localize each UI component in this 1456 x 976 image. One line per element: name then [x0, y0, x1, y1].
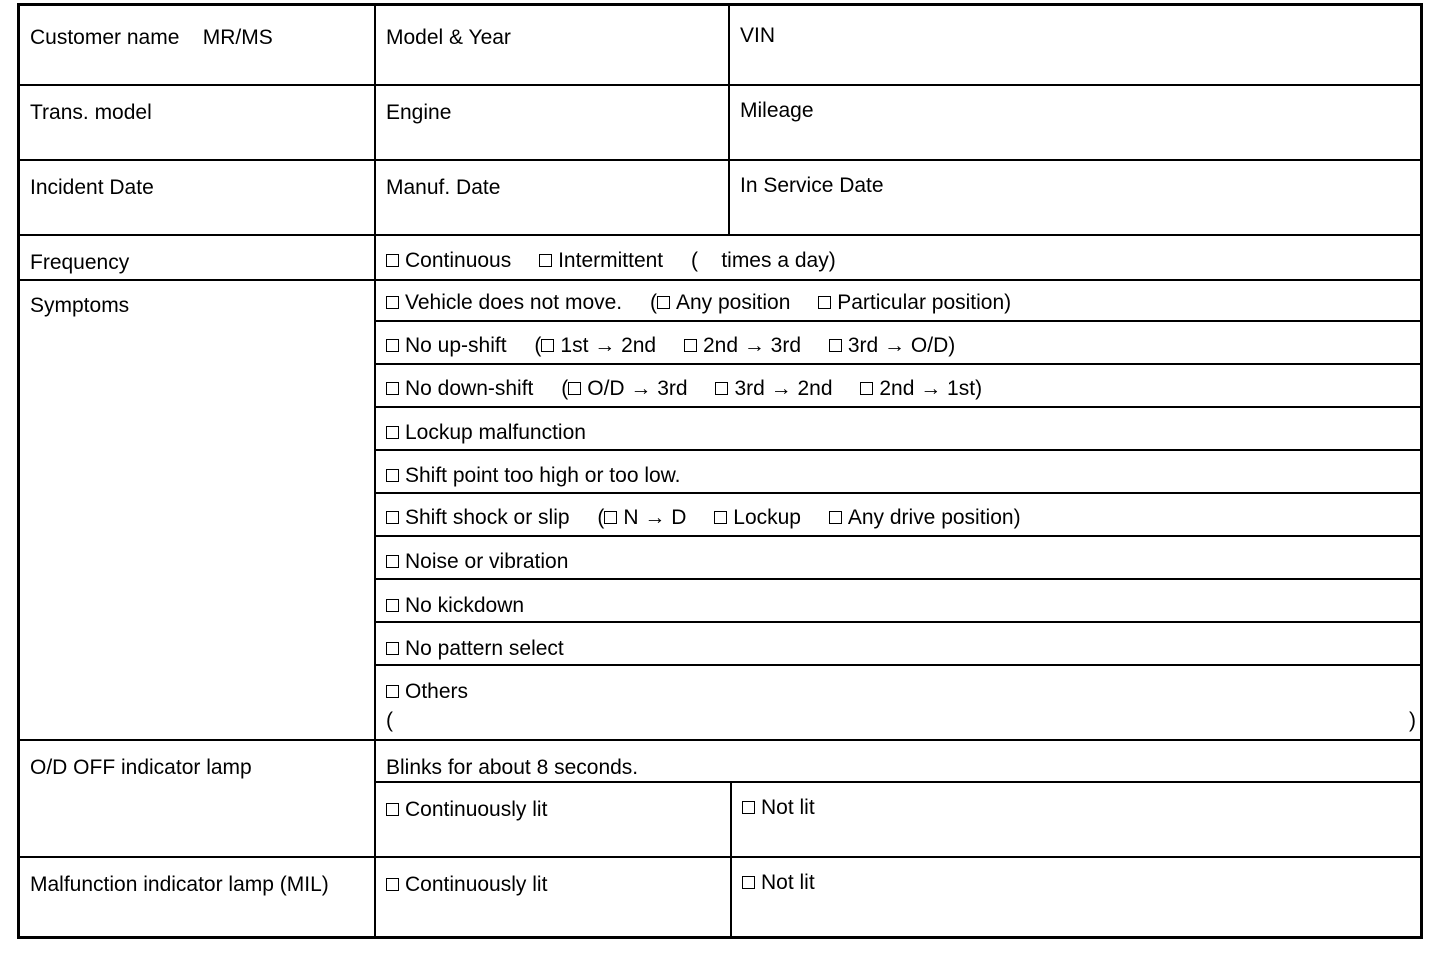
checkbox-icon[interactable]: [386, 511, 399, 524]
row-line: [20, 234, 1420, 236]
checkbox-icon[interactable]: [386, 426, 399, 439]
mil-not-lit-checkbox[interactable]: Not lit: [742, 871, 815, 894]
lockup-malfunction-checkbox[interactable]: Lockup malfunction: [386, 421, 586, 444]
shift-point-checkbox[interactable]: Shift point too high or too low.: [386, 464, 681, 487]
row-line: [374, 535, 1420, 537]
checkbox-icon[interactable]: [715, 382, 728, 395]
others-checkbox[interactable]: Others: [386, 680, 468, 703]
symptom-row-shift-shock: Shift shock or slip (N → D Lockup Any dr…: [376, 506, 1021, 530]
particular-position-checkbox[interactable]: Particular position): [818, 291, 1011, 314]
others-description-field[interactable]: ( ): [376, 709, 1416, 733]
downshift-2-1-checkbox[interactable]: 2nd → 1st): [860, 377, 982, 400]
checkbox-icon[interactable]: [829, 339, 842, 352]
row-line: [374, 492, 1420, 494]
checkbox-icon[interactable]: [860, 382, 873, 395]
checkbox-icon[interactable]: [386, 382, 399, 395]
symptom-row-lockup: Lockup malfunction: [376, 421, 586, 445]
checkbox-icon[interactable]: [568, 382, 581, 395]
symptom-row-pattern: No pattern select: [376, 637, 564, 661]
manuf-date-field[interactable]: Manuf. Date: [376, 176, 728, 200]
row-line: [20, 159, 1420, 161]
checkbox-icon[interactable]: [742, 801, 755, 814]
row-line: [374, 578, 1420, 580]
od-off-continuously-lit-cell: Continuously lit: [376, 798, 547, 822]
incident-date-label: Incident Date: [30, 176, 154, 199]
od-off-lamp-label-cell: O/D OFF indicator lamp: [20, 756, 252, 780]
checkbox-icon[interactable]: [539, 254, 552, 267]
symptom-row-kickdown: No kickdown: [376, 594, 524, 618]
frequency-label-cell: Frequency: [20, 251, 129, 275]
manuf-date-label: Manuf. Date: [386, 176, 500, 199]
vin-label: VIN: [740, 24, 775, 47]
in-service-date-label: In Service Date: [740, 174, 884, 197]
frequency-options: Continuous Intermittent ( times a day): [376, 249, 836, 273]
downshift-od-3-checkbox[interactable]: O/D → 3rd: [568, 377, 687, 400]
mileage-label: Mileage: [740, 99, 814, 122]
shock-n-d-checkbox[interactable]: N → D: [604, 506, 686, 529]
mil-label: Malfunction indicator lamp (MIL): [30, 873, 329, 896]
downshift-3-2-checkbox[interactable]: 3rd → 2nd: [715, 377, 832, 400]
row-line: [374, 363, 1420, 365]
no-downshift-checkbox[interactable]: No down-shift: [386, 377, 533, 400]
shift-shock-checkbox[interactable]: Shift shock or slip: [386, 506, 570, 529]
symptoms-label-cell: Symptoms: [20, 294, 129, 318]
vin-field[interactable]: VIN: [730, 24, 1420, 48]
checkbox-icon[interactable]: [386, 469, 399, 482]
checkbox-icon[interactable]: [386, 685, 399, 698]
continuous-checkbox[interactable]: Continuous: [386, 249, 511, 272]
checkbox-icon[interactable]: [604, 511, 617, 524]
model-year-field[interactable]: Model & Year: [376, 26, 728, 50]
row-line: [20, 84, 1420, 86]
customer-name-field[interactable]: Customer name MR/MS: [20, 26, 374, 50]
frequency-label: Frequency: [30, 251, 129, 274]
symptoms-label: Symptoms: [30, 294, 129, 317]
checkbox-icon[interactable]: [386, 803, 399, 816]
upshift-3-od-checkbox[interactable]: 3rd → O/D): [829, 334, 955, 357]
incident-date-field[interactable]: Incident Date: [20, 176, 374, 200]
symptom-row-others: Others: [376, 680, 468, 704]
row-line: [374, 621, 1420, 623]
mil-continuously-lit-cell: Continuously lit: [376, 873, 547, 897]
row-line: [374, 320, 1420, 322]
od-off-not-lit-cell: Not lit: [732, 796, 815, 820]
symptom-row-vehicle-no-move: Vehicle does not move. (Any position Par…: [376, 291, 1011, 315]
row-line: [20, 739, 1420, 741]
mil-label-cell: Malfunction indicator lamp (MIL): [20, 873, 329, 897]
mileage-field[interactable]: Mileage: [730, 99, 1420, 123]
checkbox-icon[interactable]: [386, 555, 399, 568]
no-pattern-select-checkbox[interactable]: No pattern select: [386, 637, 564, 660]
intermittent-checkbox[interactable]: Intermittent: [539, 249, 663, 272]
noise-vibration-checkbox[interactable]: Noise or vibration: [386, 550, 568, 573]
checkbox-icon[interactable]: [684, 339, 697, 352]
checkbox-icon[interactable]: [541, 339, 554, 352]
checkbox-icon[interactable]: [386, 254, 399, 267]
checkbox-icon[interactable]: [829, 511, 842, 524]
row-line: [374, 449, 1420, 451]
symptom-row-noise: Noise or vibration: [376, 550, 568, 574]
no-upshift-checkbox[interactable]: No up-shift: [386, 334, 507, 357]
trans-model-field[interactable]: Trans. model: [20, 101, 374, 125]
engine-label: Engine: [386, 101, 451, 124]
checkbox-icon[interactable]: [714, 511, 727, 524]
od-off-lamp-label: O/D OFF indicator lamp: [30, 756, 252, 779]
row-line: [374, 664, 1420, 666]
no-kickdown-checkbox[interactable]: No kickdown: [386, 594, 524, 617]
times-a-day-text: ( times a day): [691, 249, 836, 272]
shock-lockup-checkbox[interactable]: Lockup: [714, 506, 801, 529]
mil-continuously-lit-checkbox[interactable]: Continuously lit: [386, 873, 547, 896]
blinks-text: Blinks for about 8 seconds.: [386, 756, 638, 779]
shock-any-drive-checkbox[interactable]: Any drive position): [829, 506, 1021, 529]
checkbox-icon[interactable]: [386, 296, 399, 309]
upshift-2-3-checkbox[interactable]: 2nd → 3rd: [684, 334, 801, 357]
symptom-row-no-downshift: No down-shift (O/D → 3rd 3rd → 2nd 2nd →…: [376, 377, 982, 401]
checkbox-icon[interactable]: [386, 878, 399, 891]
od-off-blinks-cell: Blinks for about 8 seconds.: [376, 756, 638, 780]
checkbox-icon[interactable]: [818, 296, 831, 309]
row-line: [20, 279, 1420, 281]
engine-field[interactable]: Engine: [376, 101, 728, 125]
in-service-date-field[interactable]: In Service Date: [730, 174, 1420, 198]
symptom-row-no-upshift: No up-shift (1st → 2nd 2nd → 3rd 3rd → O…: [376, 334, 955, 358]
row-line: [20, 856, 1420, 858]
upshift-1-2-checkbox[interactable]: 1st → 2nd: [541, 334, 656, 357]
od-off-continuously-lit-checkbox[interactable]: Continuously lit: [386, 798, 547, 821]
symptom-row-shift-point: Shift point too high or too low.: [376, 464, 681, 488]
vehicle-no-move-checkbox[interactable]: Vehicle does not move.: [386, 291, 622, 314]
checkbox-icon[interactable]: [657, 296, 670, 309]
customer-name-label: Customer name MR/MS: [30, 26, 273, 49]
row-line: [374, 406, 1420, 408]
any-position-checkbox[interactable]: Any position: [657, 291, 790, 314]
trans-model-label: Trans. model: [30, 101, 152, 124]
checkbox-icon[interactable]: [386, 339, 399, 352]
od-off-not-lit-checkbox[interactable]: Not lit: [742, 796, 815, 819]
mil-not-lit-cell: Not lit: [732, 871, 815, 895]
diagnostic-worksheet-form: Customer name MR/MS Model & Year VIN Tra…: [17, 3, 1423, 939]
model-year-label: Model & Year: [386, 26, 511, 49]
checkbox-icon[interactable]: [386, 642, 399, 655]
checkbox-icon[interactable]: [386, 599, 399, 612]
row-line: [374, 781, 1420, 783]
checkbox-icon[interactable]: [742, 876, 755, 889]
